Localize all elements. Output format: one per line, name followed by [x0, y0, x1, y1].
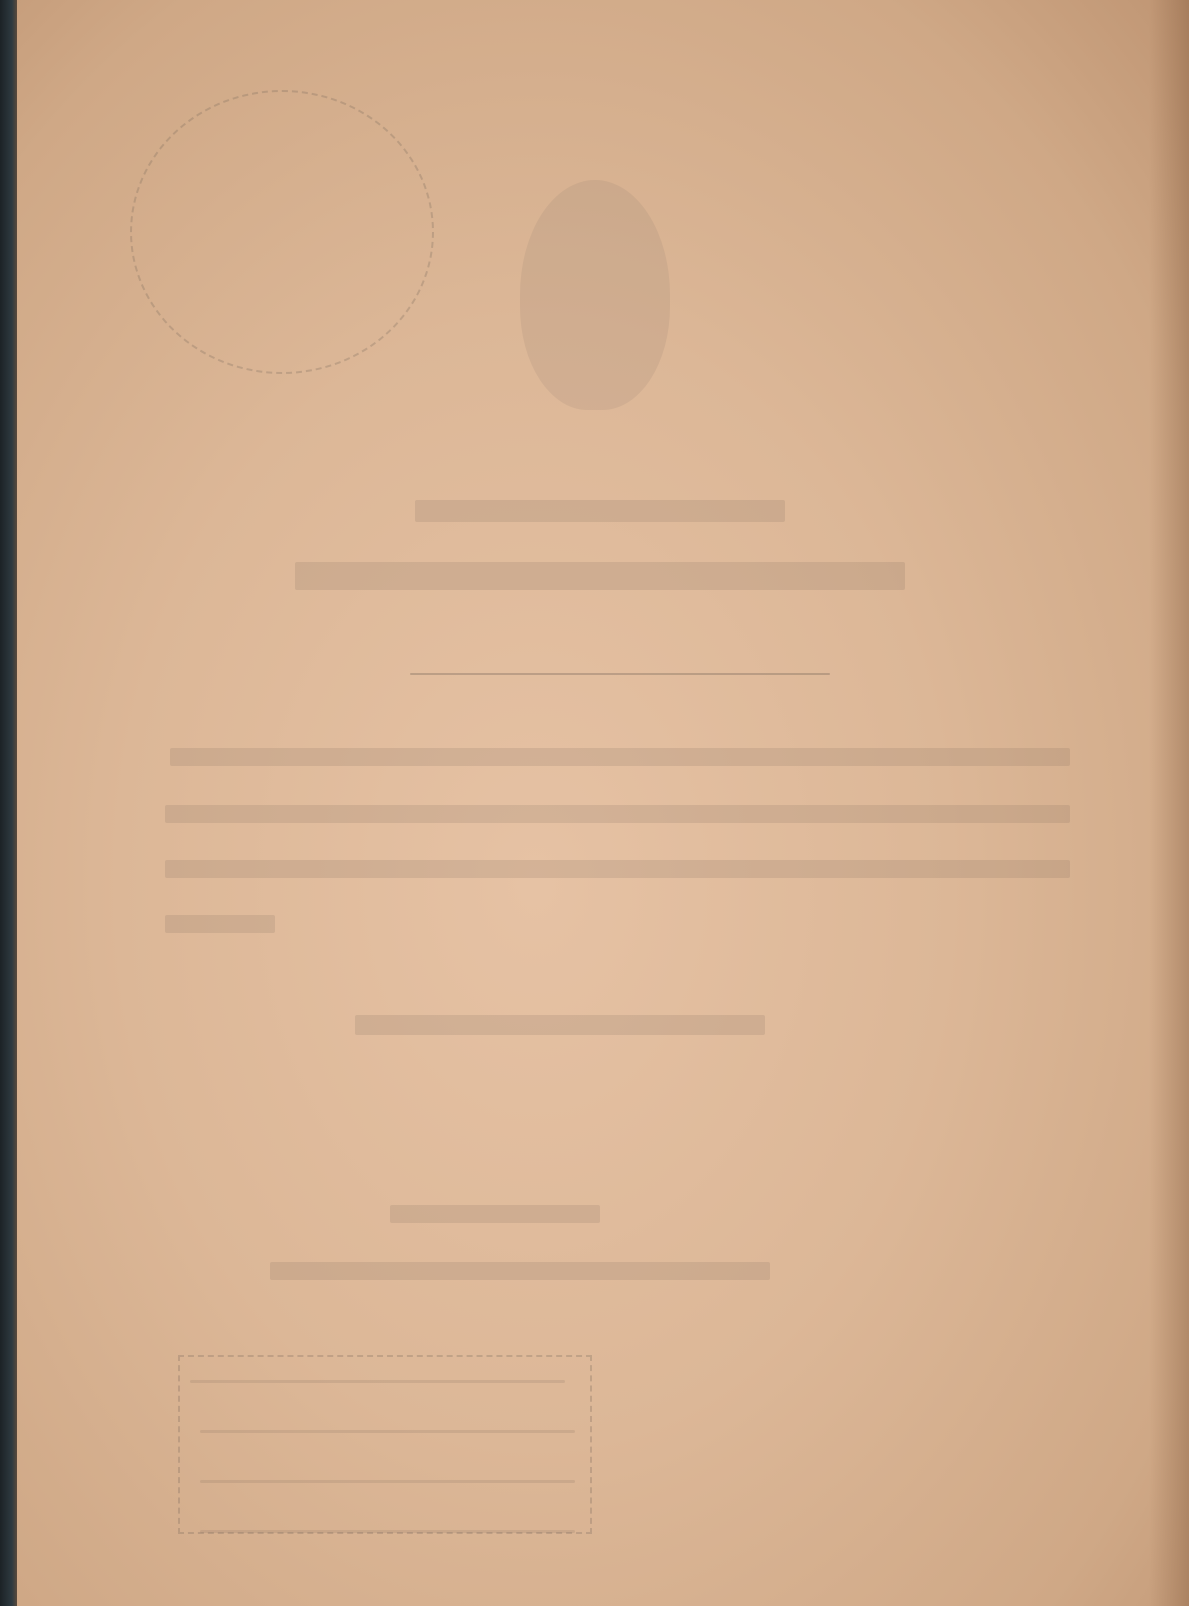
stamp-line	[200, 1480, 575, 1483]
body-line-bleedthrough	[165, 805, 1070, 823]
date-line-bleedthrough	[355, 1015, 765, 1035]
subtitle-line-bleedthrough	[295, 562, 905, 590]
stamp-line	[200, 1430, 575, 1433]
divider-line-bleedthrough	[410, 673, 830, 675]
book-binding-edge	[0, 0, 17, 1606]
body-line-bleedthrough	[165, 915, 275, 933]
page-edge-shadow	[1149, 0, 1189, 1606]
stamp-line	[200, 1530, 575, 1533]
signature-title-bleedthrough	[270, 1262, 770, 1280]
body-line-bleedthrough	[170, 748, 1070, 766]
garuda-emblem-bleedthrough	[520, 180, 670, 410]
round-stamp-bleedthrough	[130, 90, 434, 374]
scanned-page: Thai	[0, 0, 1189, 1606]
body-line-bleedthrough	[165, 860, 1070, 878]
signature-line-bleedthrough	[390, 1205, 600, 1223]
stamp-line	[190, 1380, 565, 1383]
title-line-bleedthrough	[415, 500, 785, 522]
